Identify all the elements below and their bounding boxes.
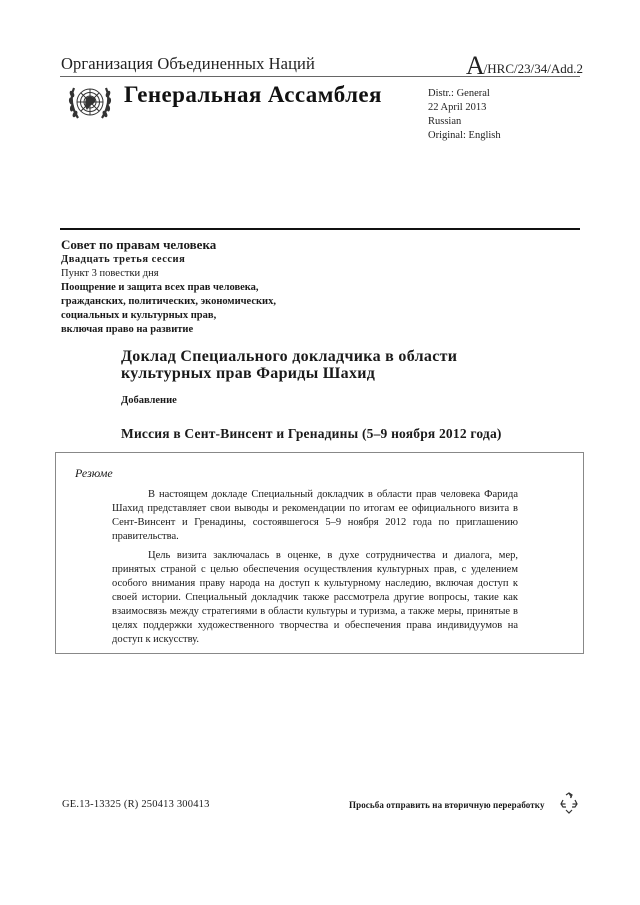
distribution-info: Distr.: General 22 April 2013 Russian Or… (428, 87, 501, 143)
header-rule (60, 76, 580, 77)
date-line: 22 April 2013 (428, 101, 501, 115)
session: Двадцать третья сессия (61, 253, 276, 267)
agenda-line: гражданских, политических, экономических… (61, 295, 276, 309)
body-name: Генеральная Ассамблея (124, 82, 382, 108)
summary-label: Резюме (75, 466, 113, 481)
section-rule (60, 228, 580, 230)
addendum-label: Добавление (121, 395, 177, 406)
organization-name: Организация Объединенных Наций (61, 54, 315, 74)
summary-body: В настоящем докладе Специальный докладчи… (112, 488, 518, 652)
document-number: GE.13-13325 (R) 250413 300413 (62, 799, 210, 810)
agenda-line: включая право на развитие (61, 323, 276, 337)
language-line: Russian (428, 115, 501, 129)
recycle-note: Просьба отправить на вторичную переработ… (349, 800, 545, 810)
agenda-line: социальных и культурных прав, (61, 309, 276, 323)
original-line: Original: English (428, 129, 501, 143)
summary-paragraph: В настоящем докладе Специальный докладчи… (112, 488, 518, 544)
report-title-line: Доклад Специального докладчика в области (121, 348, 457, 365)
recycle-icon (557, 791, 581, 815)
report-title-line: культурных прав Фариды Шахид (121, 365, 457, 382)
council-title: Совет по правам человека (61, 237, 276, 253)
summary-paragraph: Цель визита заключалась в оценке, в духе… (112, 549, 518, 647)
agenda-line: Поощрение и защита всех прав человека, (61, 281, 276, 295)
un-emblem-icon (66, 80, 114, 124)
distr-line: Distr.: General (428, 87, 501, 101)
agenda-item: Пункт 3 повестки дня (61, 267, 276, 281)
report-title: Доклад Специального докладчика в области… (121, 348, 457, 382)
mission-title: Миссия в Сент-Винсент и Гренадины (5–9 н… (121, 426, 502, 442)
symbol-suffix: /HRC/23/34/Add.2 (484, 61, 583, 76)
council-block: Совет по правам человека Двадцать третья… (61, 237, 276, 337)
